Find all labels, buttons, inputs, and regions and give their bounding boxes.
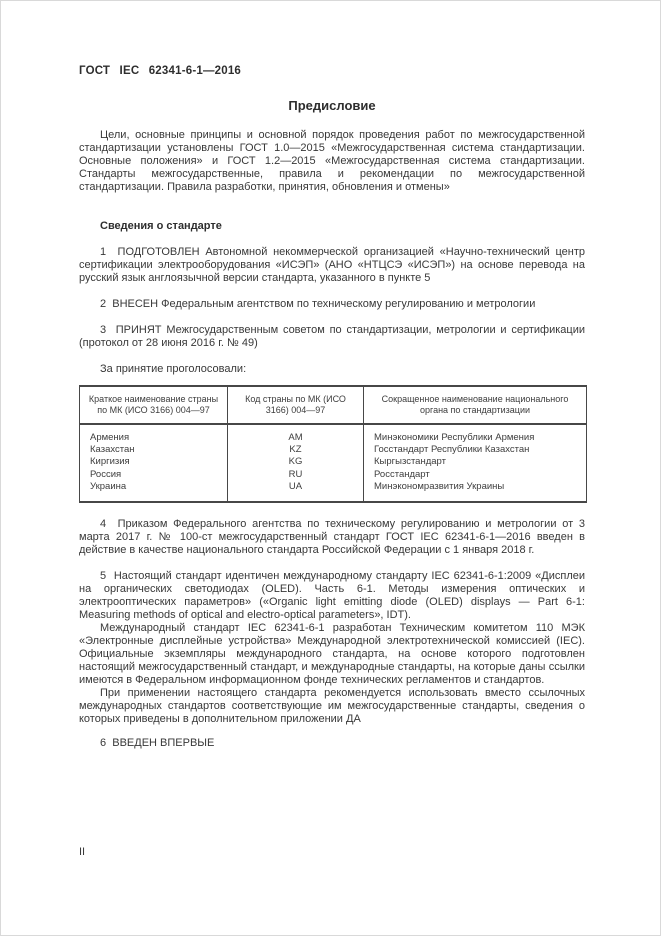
table-header-code: Код страны по МК (ИСО 3166) 004—97 bbox=[228, 386, 364, 424]
country-cell: Армения bbox=[80, 424, 228, 444]
table-header-row: Краткое наименование страны по МК (ИСО 3… bbox=[80, 386, 587, 424]
section-heading: Сведения о стандарте bbox=[79, 220, 585, 233]
table-row: Армения AM Минэкономики Республики Армен… bbox=[80, 424, 587, 444]
organization-cell: Минэкономики Республики Армения bbox=[364, 424, 587, 444]
table-row: Россия RU Росстандарт bbox=[80, 469, 587, 481]
voting-table: Краткое наименование страны по МК (ИСО 3… bbox=[79, 385, 587, 503]
standard-info-item-3: 3 ПРИНЯТ Межгосударственным советом по с… bbox=[79, 324, 585, 350]
standard-info-item-6: 6 ВВЕДЕН ВПЕРВЫЕ bbox=[79, 737, 585, 750]
country-cell: Россия bbox=[80, 469, 228, 481]
page-number: II bbox=[79, 846, 85, 858]
table-row: Киргизия KG Кыргызстандарт bbox=[80, 456, 587, 468]
organization-cell: Росстандарт bbox=[364, 469, 587, 481]
country-cell: Украина bbox=[80, 481, 228, 502]
organization-cell: Госстандарт Республики Казахстан bbox=[364, 444, 587, 456]
page-title: Предисловие bbox=[79, 98, 585, 113]
table-row: Украина UA Минэкономразвития Украины bbox=[80, 481, 587, 502]
vote-line: За принятие проголосовали: bbox=[79, 363, 585, 376]
document-page: ГОСТ IEC 62341-6-1—2016 Предисловие Цели… bbox=[0, 0, 661, 936]
code-cell: KZ bbox=[228, 444, 364, 456]
country-cell: Казахстан bbox=[80, 444, 228, 456]
standard-info-item-5-continuation: При применении настоящего стандарта реко… bbox=[79, 687, 585, 726]
organization-cell: Минэкономразвития Украины bbox=[364, 481, 587, 502]
standard-info-item-4: 4 Приказом Федерального агентства по тех… bbox=[79, 518, 585, 557]
organization-cell: Кыргызстандарт bbox=[364, 456, 587, 468]
standard-info-item-5-continuation: Международный стандарт IEC 62341-6-1 раз… bbox=[79, 622, 585, 687]
code-cell: AM bbox=[228, 424, 364, 444]
standard-info-item-5: 5 Настоящий стандарт идентичен междунаро… bbox=[79, 570, 585, 622]
code-cell: RU bbox=[228, 469, 364, 481]
standard-info-item-2: 2 ВНЕСЕН Федеральным агентством по техни… bbox=[79, 298, 585, 311]
code-cell: UA bbox=[228, 481, 364, 502]
country-cell: Киргизия bbox=[80, 456, 228, 468]
table-row: Казахстан KZ Госстандарт Республики Каза… bbox=[80, 444, 587, 456]
table-header-organization: Сокращенное наименование национального о… bbox=[364, 386, 587, 424]
document-header: ГОСТ IEC 62341-6-1—2016 bbox=[79, 65, 585, 77]
table-header-country: Краткое наименование страны по МК (ИСО 3… bbox=[80, 386, 228, 424]
intro-paragraph: Цели, основные принципы и основной поряд… bbox=[79, 129, 585, 194]
standard-info-item-1: 1 ПОДГОТОВЛЕН Автономной некоммерческой … bbox=[79, 246, 585, 285]
code-cell: KG bbox=[228, 456, 364, 468]
